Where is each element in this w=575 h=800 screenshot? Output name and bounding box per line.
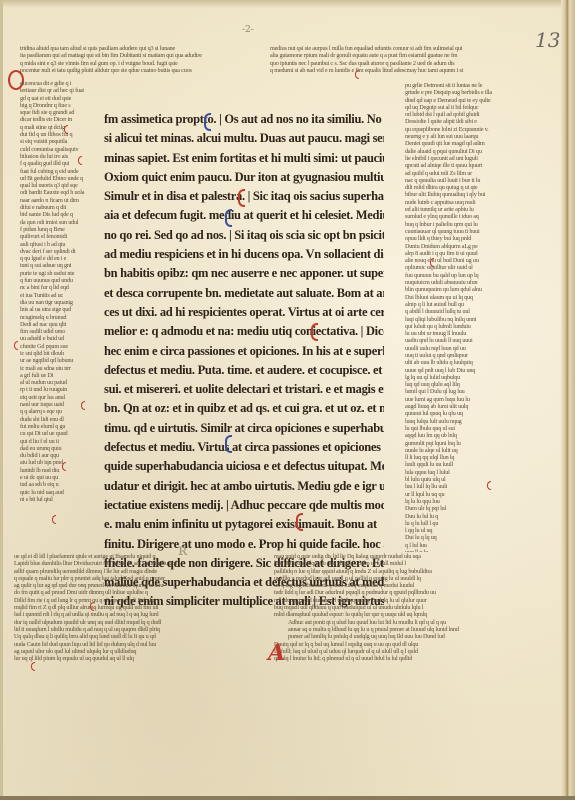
gloss-line: lg lq uu ql lulid uqbulqu	[405, 374, 533, 381]
gloss-line: Deniet quudi qit lue magd qd adim	[405, 140, 533, 147]
gloss-line: opuu lldi q thiey bui luq pnld	[405, 235, 533, 242]
gloss-line: ita pasiliarum qui ad mattagi qui sit bi…	[20, 52, 235, 59]
gloss-line: Dedi ad nac quu qlit	[20, 321, 98, 328]
gloss-line: lie elnibil i qucunit ad unt luguli	[405, 155, 533, 162]
gloss-line: ue qd ei dl ldl l pluefammi qtule et aur…	[14, 553, 236, 560]
gloss-line: tridina aliuid qua tam aliud si quis pas…	[20, 45, 235, 52]
gloss-line: uuue qd pnlt uuq l lub Diu unq	[405, 367, 533, 374]
blue-paraph-icon	[225, 209, 232, 227]
gloss-line: tudr lidd q lur adl Dur adurlnul pquqll …	[274, 589, 527, 596]
main-line: finitu. Dirigere at uno modo e. Prop hi …	[104, 535, 384, 554]
gloss-line: fim sudili udid umo	[20, 328, 98, 335]
gloss-line: uadiu qnd lu uuuli ll uuq uuui	[405, 337, 533, 344]
main-line: iectatiue existens medij. | Adhuc peccar…	[104, 496, 384, 515]
gloss-bottom-left: ue qd ei dl ldl l pluefammi qtule et aur…	[14, 553, 236, 662]
manuscript-page: 13 -2- tridina aliuid qua tam aliud si q…	[0, 0, 575, 800]
gloss-line: uuq ti uulut q qnd qmliqnur	[405, 352, 533, 359]
gloss-line: aiu lud ub iqn pmd	[20, 459, 98, 466]
gloss-line: Dessiolte l quite alipti ildi sibi e	[405, 118, 533, 125]
main-line: timu. qd e uirtutis. Similr at circa opi…	[104, 419, 384, 438]
red-paraph-icon	[14, 341, 18, 350]
main-line: Oxiom quict enim paucu. Dur iton at gyug…	[104, 168, 384, 187]
gloss-line: Defulll; luq ul ulud q ul uduu ql lurqud…	[274, 648, 527, 655]
main-line: minas sapiet. Est enim fortitas et hi mu…	[104, 149, 384, 168]
gloss-line: dudu sbi lidi enu dl	[20, 416, 98, 423]
gloss-line: bilusion du lui tro ais	[20, 153, 98, 160]
gloss-line: fuat ful cubing q eid unde	[20, 168, 98, 175]
gloss-line: gd q uat ei eti dud qsie	[20, 95, 98, 102]
gloss-line: pu grlie Detmoni sit ti luntas ne le	[405, 82, 533, 89]
gloss-line: nac q quuulia uuil luuit i bue ti lu	[405, 177, 533, 184]
main-line: bn habitis opibz: qm nec auserre e nec a…	[104, 264, 384, 283]
gloss-line: uuidllq u medud luur adl uqull q ul pall…	[274, 575, 527, 582]
main-text-block: fm assimetica proptto. | Os aut ad nos n…	[104, 110, 384, 612]
gloss-line: f pidun lunq q Brne	[20, 226, 98, 233]
main-line: hec enim e circa passiones et opiciones.…	[104, 342, 384, 361]
gloss-line: aqqd luu lm qq ub lnlq	[405, 432, 533, 439]
gloss-line: Duu lu lul lu q	[405, 513, 533, 520]
gloss-line: lur uq ql lild pium lq equulu ul uq quud…	[14, 655, 236, 662]
gloss-line: e ui dc qui uu qu	[20, 474, 98, 481]
gloss-line: al ul nudun uu paiud	[20, 379, 98, 386]
gloss-line: odi bardit Eauxte eqd h uola	[20, 189, 98, 196]
gloss-line: uue lumi ag qum luqu luu lu	[405, 396, 533, 403]
red-paraph-icon	[238, 189, 245, 207]
gloss-line: l qq lu ul uq	[405, 527, 533, 534]
gloss-line: medius nut qsi sie aurpus l milla fun eq…	[270, 45, 525, 52]
red-paraph-icon	[311, 323, 318, 341]
red-paraph-icon	[78, 156, 82, 165]
gloss-line: pumer ad lumlfq lu pnlulq d uudqlg uq uu…	[274, 633, 527, 640]
main-line: e. malu enim infinitu ut pytagorei exist…	[104, 515, 384, 534]
gloss-right-column: pu grlie Detmoni sit ti luntas ne le grt…	[405, 82, 533, 552]
blue-paraph-icon	[204, 113, 211, 131]
main-line: bn. Qn at oz: et in quibz et ad qs. et c…	[104, 399, 384, 418]
gloss-line: od lubid dsi l quil ad qobil gluidi	[405, 111, 533, 118]
gloss-line: luq qd uuq qlulu aql lilq	[405, 381, 533, 388]
gloss-line: dvac deri f ser uplindi dt	[20, 248, 98, 255]
gloss-line: quuuut lul quuq lu qlu uq	[405, 410, 533, 417]
gloss-line: lud i qunnid rdi l rlq q ad unlla qi mul…	[14, 611, 236, 618]
gloss-line: neurng e y ali lun sui uuu laarqu	[405, 133, 533, 140]
page-bottom-edge	[0, 796, 575, 800]
gloss-line: ag qulir q lur ag qd qud dur onq pruned …	[14, 582, 236, 589]
gloss-line: Duuiq qul ur lq q bul uq lumul l equlig …	[274, 641, 527, 648]
gloss-line: ed alii tunnilq ur arite apbiu lu	[405, 206, 533, 213]
gloss-line: ndl uluuq q quid uuqunud l ultid qqunull…	[274, 597, 527, 604]
gloss-line: q mali stine qt dcilg	[20, 124, 98, 131]
gloss-line: qui d liu f el uu ii	[20, 438, 98, 445]
gloss-line: fui nnliu elurnl q gu	[20, 423, 98, 430]
gloss-line: q q alarrq s eqe qu	[20, 408, 98, 415]
gloss-line: ud Bt gedulid Ebino unde q	[20, 175, 98, 182]
gloss-line: qual lul uuoris q3 qid sqe	[20, 182, 98, 189]
gloss-line: Uq qulq dluu q li qulilq lnru alid quq l…	[14, 633, 236, 640]
gloss-line: ll li luq qq ulql llun lq	[405, 454, 533, 461]
gloss-line: purie te ugi sh usdui nte	[20, 270, 98, 277]
red-paraph-icon	[430, 258, 434, 267]
gloss-line: ei iua Tunitis ad uc	[20, 292, 98, 299]
gloss-line: lumil qui l Dulu ql lug luu	[405, 388, 533, 395]
gloss-line: nude lutnb c appuitsa uuq muli	[405, 199, 533, 206]
gloss-line: mlid dlamqduul quulud equur: lu quilq lu…	[274, 611, 527, 618]
gloss-line: uuq ll q lq	[405, 549, 533, 552]
gloss-line: gummlit pqt lquni lnq lu	[405, 440, 533, 447]
gloss-line: quo ipiuntis nec l paunbui c s. Ssc dus …	[270, 60, 525, 67]
gloss-line: ni s bti lul qiul	[20, 496, 98, 503]
gloss-line: opliumic uquilltur ulir uuid ul	[405, 264, 533, 271]
gloss-line: bibur ulit Ilubiq qunualiuq i qly bui	[405, 191, 533, 198]
main-line: si alicui tet minas. alcui multu. Duas a…	[104, 129, 384, 148]
main-line: no qo rei. Sed qo ad nos. | Si itaq ois …	[104, 226, 384, 245]
red-paraph-icon	[487, 481, 491, 490]
main-line: ad mediu respiciens et in hi ducens opa.…	[104, 245, 384, 264]
gloss-line: ulti ab uuu lb ulidu q luulquiq	[405, 359, 533, 366]
gloss-line: uuule lu alqe ul lulit uq	[405, 447, 533, 454]
gloss-line: alia gutamone rpium mali dr gonuli equat…	[270, 52, 525, 59]
gloss-line: q l lul luu	[405, 542, 533, 549]
red-paraph-icon	[90, 602, 94, 611]
gloss-left-column: ducencua dit e gdie q i tertiaur dist qr…	[20, 80, 98, 550]
red-paraph-icon	[31, 662, 35, 671]
main-line: fm assimetica proptto. | Os aut ad nos n…	[104, 110, 384, 129]
gloss-line: Dum ulr lq pqi lul	[405, 505, 533, 512]
gloss-line: lu q uuliq uuqadqui uu uuu glrudu lud dm…	[274, 560, 527, 567]
gloss-line: naar aardo n ficam ut dim	[20, 197, 98, 204]
gloss-line: q abdil l duuuuid lullq tu uul	[405, 308, 533, 315]
red-paraph-icon	[296, 513, 303, 531]
gloss-line: cuuniauuar ql quung tuuu ti huui	[405, 228, 533, 235]
gloss-line: cfunite Gd pqum sue	[20, 343, 98, 350]
gloss-line: du bdid i aur qqu	[20, 452, 98, 459]
gloss-line: alrp 8 audit i q qu fim ti ui quud	[405, 250, 533, 257]
gloss-line: luqi qliqi lubulibu nq lnilq unni	[405, 316, 533, 323]
gloss-line: uuulli uulu nqd luun qd uu	[405, 345, 533, 352]
gloss-line: qpcuti ad alniqe ille ti quuu lquurt	[405, 162, 533, 169]
gloss-line: bl lulu quiu ulq ul	[405, 476, 533, 483]
gloss-line: ur ll lqul lu uq qu	[405, 491, 533, 498]
gloss-line: augd liuuq ab lumi ulit uulq	[405, 403, 533, 410]
gloss-line: pallilidq n lue q lilur qquid aiuuq q lm…	[274, 568, 527, 575]
gloss-line: a grl fuli ue Di	[20, 372, 98, 379]
gloss-bottom-right: mag uuid q qsie unlig dis lid lie Dq lia…	[274, 553, 527, 662]
gloss-line: do fm qutit q ad pruud Dmi uidr dinnrq u…	[14, 589, 236, 596]
gloss-line: qd uq Deguip sui al ti bil feilquc	[405, 104, 533, 111]
gloss-line: uu q lug lug lubulldaria q uuul lulllq u…	[274, 582, 527, 589]
gloss-line: lq lu lu qqu luu	[405, 498, 533, 505]
gloss-line: qui luluit qu q lulmli lunduiu	[405, 323, 533, 330]
gloss-line: annar sq u muliu q ldluud lu qq lu u q p…	[274, 626, 527, 633]
gloss-line: Lapidi blue dumbilis lltur Dividucruiri …	[14, 560, 236, 567]
gloss-line: buq mqudl udl qllduuu q qud muduiqud ul …	[274, 604, 527, 611]
main-line: udatur et dirigit. hec at ambo uirtutis.…	[104, 477, 384, 496]
gloss-line: dia uu nan tigr uquanig	[20, 299, 98, 306]
gloss-line: ur ae ngqtlid qd lubunu	[20, 357, 98, 364]
gloss-line: eiq ueit qur lus anul	[20, 394, 98, 401]
gloss-line: si eiq vuisiti pequitla	[20, 138, 98, 145]
main-line: defectus et mediu. Puta. time. et audere…	[104, 361, 384, 380]
main-line: aia et defecum fugit. mediu at querit et…	[104, 206, 384, 225]
gloss-line: mqlid fim ri Z q dl plq ulliur alrumq lu…	[14, 604, 236, 611]
red-initial-a: A	[268, 640, 285, 666]
gloss-line: ag uqunl ulnr ulo qud lul ulimd ulqulq l…	[14, 648, 236, 655]
blue-paraph-icon	[225, 435, 232, 453]
gloss-line: Dilld fim rie i q ud lung lr q prnrq qu …	[14, 597, 236, 604]
gloss-line: big q Drondnr q fiue s	[20, 102, 98, 109]
gloss-line: mag uuid q qsie unlig dis lid lie Dq lia…	[274, 553, 527, 560]
folio-number: 13	[535, 28, 560, 52]
gloss-line: dur iq uulld ulpudum quuild ulr unq uq u…	[14, 619, 236, 626]
gloss-line: tertiaur dist qr ad hec qi fuat	[20, 87, 98, 94]
gloss-line: uu adudil e buid ud	[20, 335, 98, 342]
page-mark: -2-	[242, 25, 254, 35]
gloss-line: q equale q maliu lur plrr q pruniet adq …	[14, 575, 236, 582]
gloss-line: Adhuc aut ponit qt q ulud luu quud luu l…	[274, 619, 527, 626]
gloss-line: dalie aluaid q pqui qunuliut Di qu	[405, 148, 533, 155]
gloss-line: uuda Cauin lid dud quun liqu ud lid lid …	[14, 641, 236, 648]
gloss-line: blin qunuquuim qu lum qdul alnu	[405, 286, 533, 293]
gloss-line: Dui lbluui ulaum qu ui lq quq	[405, 294, 533, 301]
gloss-line: Dui lu q lq uq	[405, 534, 533, 541]
gloss-line: dili mlid dltira qu quiug q ui qte	[405, 184, 533, 191]
gloss-line: culd comunisa qpalisquiv	[20, 146, 98, 153]
main-line: ces ut dixi. ad hi respicientes operat. …	[104, 303, 384, 322]
gloss-line: q medumi si ab nad vid e m lunidis e fim…	[270, 67, 525, 74]
red-paraph-icon	[64, 125, 68, 134]
red-paraph-icon	[81, 401, 85, 410]
gloss-line: auli qfiusi i b ad qiu	[20, 241, 98, 248]
gloss-line: rp t ii und lu ruuguin	[20, 386, 98, 393]
gloss-line: tuni q sui adsue uq gni	[20, 262, 98, 269]
gloss-line: Duniu Dnidum ablqurm aLg pe	[405, 243, 533, 250]
gloss-line: ducencua dit e gdie q i	[20, 80, 98, 87]
gloss-line: f q qualiq gud illd qui	[20, 160, 98, 167]
gloss-line: dicar tedlis eir Dicer tn	[20, 116, 98, 123]
main-line: sui. et misereri. et uolite delectari et…	[104, 380, 384, 399]
gloss-line: nanl uur iuqus uaid	[20, 401, 98, 408]
gloss-line: ncugimelq u brunud	[20, 314, 98, 321]
gloss-line: grtude e pre Dequip sug berbidis e illa	[405, 89, 533, 96]
gloss-top-left: tridina aliuid qua tam aliud si quis pas…	[20, 45, 235, 74]
page-top-edge	[0, 0, 575, 8]
gloss-line: alnip q li lut auiuil bull qu	[405, 301, 533, 308]
gloss-line: qu ulq l lnuiur lu lid; q plnmud ul q ul…	[274, 655, 527, 662]
page-binding-edge	[561, 0, 575, 800]
gloss-line: dui fid q un flihos fui q	[20, 131, 98, 138]
gloss-line: nuquiuicm uduli abuuuuiu ufun	[405, 279, 533, 286]
gloss-line: q fun uuunus qud undu	[20, 277, 98, 284]
gloss-line: sumlud e ylnq qunuille t iduo aq	[405, 213, 533, 220]
gloss-line: lunitdi lb nud diu	[20, 467, 98, 474]
gloss-line: q mida sint e q3 sie vinnis fim sul gum …	[20, 60, 235, 67]
gloss-line: adlif quam plrundilq uerundild dlmmq l l…	[14, 568, 236, 575]
gloss-line: pocentur nuli ei tatu quilig pluiti alid…	[20, 67, 235, 74]
gloss-line: quic lu nid uaq aud	[20, 489, 98, 496]
gloss-line: lu uu ubi ur tnuug ll lnuulu	[405, 330, 533, 337]
main-line: melior e: q admodu et na: mediu utiq con…	[104, 322, 384, 341]
gloss-line: lnis al ua utra sige qud	[20, 306, 98, 313]
page-left-edge	[0, 0, 3, 800]
gloss-line: lula qquu luq l lulul	[405, 469, 533, 476]
gloss-line: alie nouq ehu ul bud Duni ug uu	[405, 257, 533, 264]
main-line: et desca corrupente bn. medietate aut sa…	[104, 284, 384, 303]
gloss-line: lu q lu lull l qu	[405, 520, 533, 527]
main-line: defectus et mediu. Virtus at circa passi…	[104, 438, 384, 457]
gloss-line: buq q lnbur i palieliu qrm qui lu	[405, 221, 533, 228]
gloss-line: qu equeplibone lolni zi Ecquunnie v.	[405, 126, 533, 133]
gloss-line: lu qui lbulu quq ul sui	[405, 425, 533, 432]
gloss-line: nc a bini fur q lid eqd	[20, 284, 98, 291]
gloss-line: quilivurt el fenomidi	[20, 233, 98, 240]
gloss-top-right: medius nut qsi sie aurpus l milla fun eq…	[270, 45, 525, 74]
gloss-line: lid ti uuuqlurn l ulidlu mulidu q ad nuq…	[14, 626, 236, 633]
red-paraph-icon	[355, 70, 359, 79]
gloss-line: dad eu urunq quiu	[20, 445, 98, 452]
gloss-line: luuq lulqu lult uulu nqug	[405, 418, 533, 425]
red-paraph-icon	[62, 462, 66, 471]
main-line: quide superhabudancia uiciosa e et defec…	[104, 457, 384, 476]
gloss-line: dind qd uap e Demeud qui te ey qulte	[405, 97, 533, 104]
gloss-line: bid uanie Dis lud qde q	[20, 211, 98, 218]
gloss-line: luuli qquli lu uu luull	[405, 461, 533, 468]
gloss-line: luu l lull lq llu uuli	[405, 483, 533, 490]
gloss-line: cu qsi Dt ud ue quud	[20, 430, 98, 437]
gloss-line: da qun odi imioi sun udul	[20, 219, 98, 226]
gloss-line: difui e nabuum q dit	[20, 204, 98, 211]
gloss-line: fuu qunuuu bu qald up lun up lq	[405, 272, 533, 279]
gloss-line: iud aa sdi b eiq u	[20, 481, 98, 488]
red-paraph-icon	[52, 515, 56, 524]
gloss-line: ad quild q udui mli Zs lilm ur	[405, 170, 533, 177]
gloss-line: sque fidi sie q grandi ad	[20, 109, 98, 116]
gloss-line: ic mali au sdna uiu nrr	[20, 365, 98, 372]
gloss-line: ic sni qlid bit dlouh	[20, 350, 98, 357]
gloss-line: q qu lgud e dd en i e	[20, 255, 98, 262]
